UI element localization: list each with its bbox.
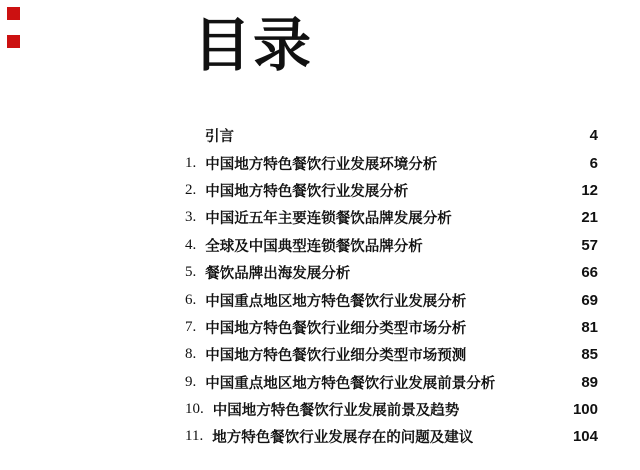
toc-item-label: 中国近五年主要连锁餐饮品牌发展分析 — [205, 207, 452, 228]
toc-item-page: 69 — [581, 292, 598, 309]
toc-row: 10. 中国地方特色餐饮行业发展前景及趋势 100 — [185, 396, 598, 423]
toc-row: 4. 全球及中国典型连锁餐饮品牌分析 57 — [185, 232, 598, 259]
toc-item-number: 5. — [185, 264, 196, 281]
toc-item-page: 4 — [590, 127, 598, 144]
toc-item-label: 餐饮品牌出海发展分析 — [205, 262, 350, 283]
toc-row: 引言 4 — [185, 122, 598, 149]
toc-item-label: 中国重点地区地方特色餐饮行业发展分析 — [205, 290, 466, 311]
toc-item-number: 3. — [185, 209, 196, 226]
toc-item-page: 12 — [581, 182, 598, 199]
toc-item-label: 全球及中国典型连锁餐饮品牌分析 — [205, 235, 423, 256]
red-square-marker — [7, 7, 20, 20]
toc-item-number: 2. — [185, 182, 196, 199]
red-square-marker — [7, 35, 20, 48]
toc-item-label: 中国地方特色餐饮行业细分类型市场分析 — [205, 317, 466, 338]
toc-item-page: 104 — [573, 428, 598, 445]
toc-item-label: 中国地方特色餐饮行业发展前景及趋势 — [213, 399, 460, 420]
toc-row: 6. 中国重点地区地方特色餐饮行业发展分析 69 — [185, 286, 598, 313]
toc-item-number: 6. — [185, 292, 196, 309]
table-of-contents: 引言 4 1. 中国地方特色餐饮行业发展环境分析 6 2. 中国地方特色餐饮行业… — [185, 122, 598, 451]
toc-row: 1. 中国地方特色餐饮行业发展环境分析 6 — [185, 149, 598, 176]
toc-item-page: 57 — [581, 237, 598, 254]
toc-item-label: 中国地方特色餐饮行业发展环境分析 — [205, 153, 437, 174]
toc-item-page: 6 — [590, 155, 598, 172]
toc-item-page: 85 — [581, 346, 598, 363]
toc-item-number: 9. — [185, 374, 196, 391]
toc-item-number: 7. — [185, 319, 196, 336]
toc-item-label: 中国重点地区地方特色餐饮行业发展前景分析 — [205, 372, 495, 393]
toc-page: 目录 引言 4 1. 中国地方特色餐饮行业发展环境分析 6 2. 中国地方特色餐… — [0, 0, 640, 470]
toc-row: 2. 中国地方特色餐饮行业发展分析 12 — [185, 177, 598, 204]
toc-row: 5. 餐饮品牌出海发展分析 66 — [185, 259, 598, 286]
toc-item-page: 66 — [581, 264, 598, 281]
toc-item-label: 地方特色餐饮行业发展存在的问题及建议 — [212, 426, 473, 447]
toc-item-page: 81 — [581, 319, 598, 336]
toc-item-label: 引言 — [205, 125, 234, 146]
toc-item-number: 10. — [185, 401, 204, 418]
toc-item-number: 11. — [185, 428, 203, 445]
toc-row: 3. 中国近五年主要连锁餐饮品牌发展分析 21 — [185, 204, 598, 231]
toc-item-number: 1. — [185, 155, 196, 172]
toc-item-page: 21 — [581, 209, 598, 226]
toc-item-label: 中国地方特色餐饮行业发展分析 — [205, 180, 408, 201]
toc-row: 9. 中国重点地区地方特色餐饮行业发展前景分析 89 — [185, 369, 598, 396]
page-title: 目录 — [193, 14, 313, 78]
toc-row: 11. 地方特色餐饮行业发展存在的问题及建议 104 — [185, 423, 598, 450]
toc-item-page: 100 — [573, 401, 598, 418]
toc-item-page: 89 — [581, 374, 598, 391]
toc-item-label: 中国地方特色餐饮行业细分类型市场预测 — [205, 344, 466, 365]
toc-item-number: 8. — [185, 346, 196, 363]
toc-item-number: 4. — [185, 237, 196, 254]
toc-row: 8. 中国地方特色餐饮行业细分类型市场预测 85 — [185, 341, 598, 368]
toc-row: 7. 中国地方特色餐饮行业细分类型市场分析 81 — [185, 314, 598, 341]
